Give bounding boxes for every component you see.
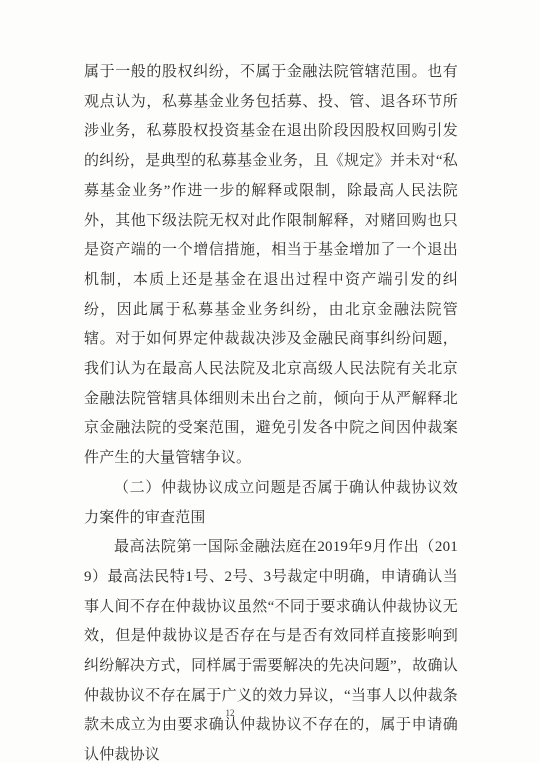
page-number: 12 bbox=[0, 708, 460, 718]
document-page: 属于一般的股权纠纷，不属于金融法院管辖范围。也有观点认为，私募基金业务包括募、投… bbox=[0, 0, 540, 763]
page-body-text: 属于一般的股权纠纷，不属于金融法院管辖范围。也有观点认为，私募基金业务包括募、投… bbox=[84, 58, 458, 763]
paragraph-body: 最高法院第一国际金融法庭在2019年9月作出（2019）最高法民特1号、2号、3… bbox=[84, 533, 458, 763]
paragraph-continuation: 属于一般的股权纠纷，不属于金融法院管辖范围。也有观点认为，私募基金业务包括募、投… bbox=[84, 58, 458, 474]
section-heading: （二）仲裁协议成立问题是否属于确认仲裁协议效力案件的审查范围 bbox=[84, 474, 458, 533]
